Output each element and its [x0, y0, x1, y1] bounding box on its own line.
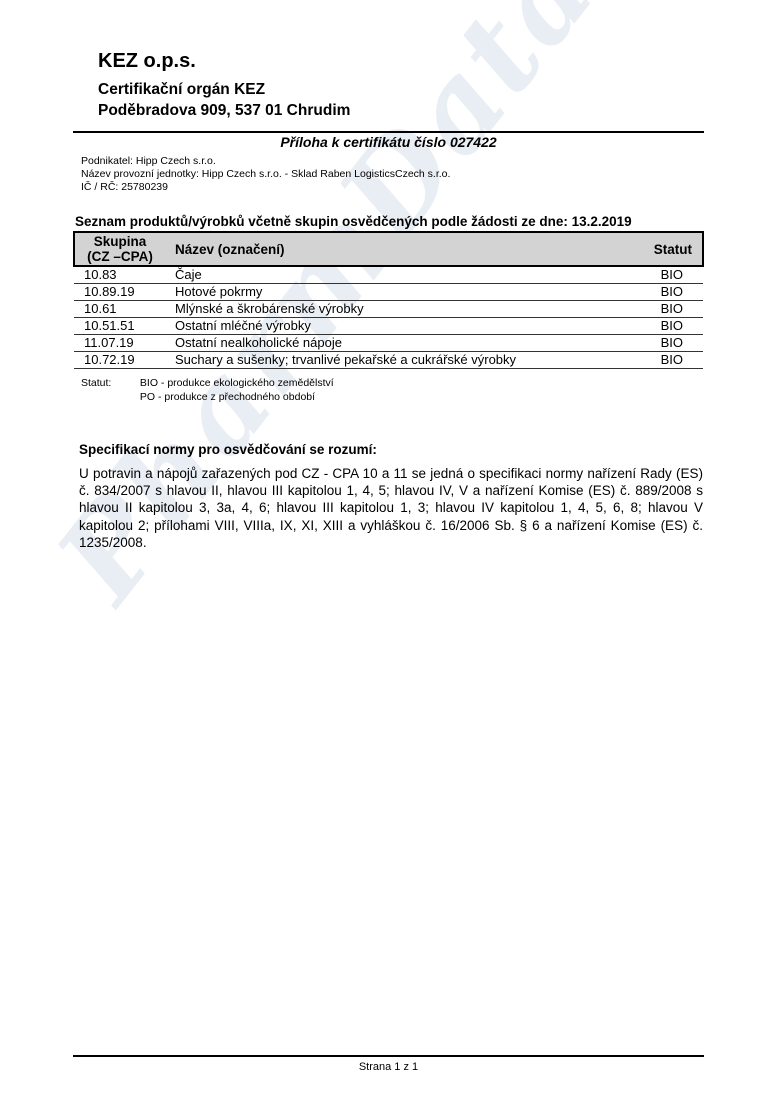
cell-group: 10.51.51 — [74, 318, 165, 335]
footer-divider — [73, 1055, 704, 1057]
table-header-row: Skupina (CZ –CPA) Název (označení) Statu… — [74, 232, 703, 266]
column-header-group: Skupina (CZ –CPA) — [74, 232, 165, 266]
legend-item-po: PO - produkce z přechodného období — [140, 390, 334, 404]
table-row: 10.83ČajeBIO — [74, 266, 703, 284]
products-table: Skupina (CZ –CPA) Název (označení) Statu… — [73, 231, 704, 369]
organization-address: Poděbradova 909, 537 01 Chrudim — [98, 102, 350, 120]
table-row: 10.51.51Ostatní mléčné výrobkyBIO — [74, 318, 703, 335]
cell-status: BIO — [632, 352, 703, 369]
table-row: 11.07.19Ostatní nealkoholické nápojeBIO — [74, 335, 703, 352]
table-row: 10.61Mlýnské a škrobárenské výrobkyBIO — [74, 301, 703, 318]
column-header-group-line1: Skupina — [75, 234, 165, 249]
annex-title: Příloha k certifikátu číslo 027422 — [73, 134, 704, 150]
specification-body: U potravin a nápojů zařazených pod CZ - … — [79, 465, 703, 551]
column-header-name: Název (označení) — [165, 232, 632, 266]
page-number: Strana 1 z 1 — [73, 1061, 704, 1073]
cell-name: Ostatní mléčné výrobky — [165, 318, 632, 335]
cell-name: Suchary a sušenky; trvanlivé pekařské a … — [165, 352, 632, 369]
annex-meta: Podnikatel: Hipp Czech s.r.o. Název prov… — [81, 155, 450, 194]
column-header-status: Statut — [632, 232, 703, 266]
cell-group: 10.61 — [74, 301, 165, 318]
legend-item-bio: BIO - produkce ekologického zemědělství — [140, 376, 334, 390]
cell-status: BIO — [632, 266, 703, 284]
specification-title: Specifikací normy pro osvědčování se roz… — [79, 442, 377, 457]
organization-name: KEZ o.p.s. — [98, 50, 196, 73]
cell-status: BIO — [632, 335, 703, 352]
entrepreneur: Podnikatel: Hipp Czech s.r.o. — [81, 155, 450, 168]
operating-unit: Název provozní jednotky: Hipp Czech s.r.… — [81, 168, 450, 181]
cell-group: 10.89.19 — [74, 284, 165, 301]
certification-body: Certifikační orgán KEZ — [98, 81, 265, 99]
cell-group: 11.07.19 — [74, 335, 165, 352]
header-divider — [73, 131, 704, 133]
cell-name: Mlýnské a škrobárenské výrobky — [165, 301, 632, 318]
cell-status: BIO — [632, 284, 703, 301]
cell-status: BIO — [632, 301, 703, 318]
cell-name: Čaje — [165, 266, 632, 284]
cell-group: 10.83 — [74, 266, 165, 284]
legend-label: Statut: — [81, 376, 137, 390]
table-row: 10.89.19Hotové pokrmyBIO — [74, 284, 703, 301]
table-row: 10.72.19Suchary a sušenky; trvanlivé pek… — [74, 352, 703, 369]
products-list-title: Seznam produktů/výrobků včetně skupin os… — [75, 214, 632, 229]
cell-status: BIO — [632, 318, 703, 335]
status-legend: Statut: BIO - produkce ekologického země… — [81, 376, 334, 404]
column-header-group-line2: (CZ –CPA) — [75, 249, 165, 264]
cell-group: 10.72.19 — [74, 352, 165, 369]
cell-name: Ostatní nealkoholické nápoje — [165, 335, 632, 352]
company-id: IČ / RČ: 25780239 — [81, 181, 450, 194]
cell-name: Hotové pokrmy — [165, 284, 632, 301]
